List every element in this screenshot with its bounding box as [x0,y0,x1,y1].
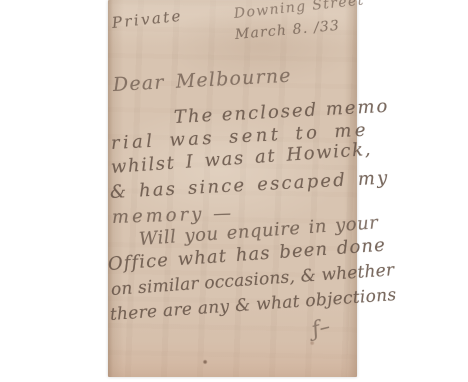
scan-background: Private Downing Street March 8. /33 Dear… [0,0,468,382]
private-annotation: Private [111,9,183,31]
dateline-place: Downing Street [233,0,365,21]
salutation-line: Dear Melbourne [113,67,293,95]
dateline-date: March 8. /33 [234,19,340,42]
letter-sheet: Private Downing Street March 8. /33 Dear… [108,0,357,377]
closing-flourish: ƒ– [309,316,332,341]
